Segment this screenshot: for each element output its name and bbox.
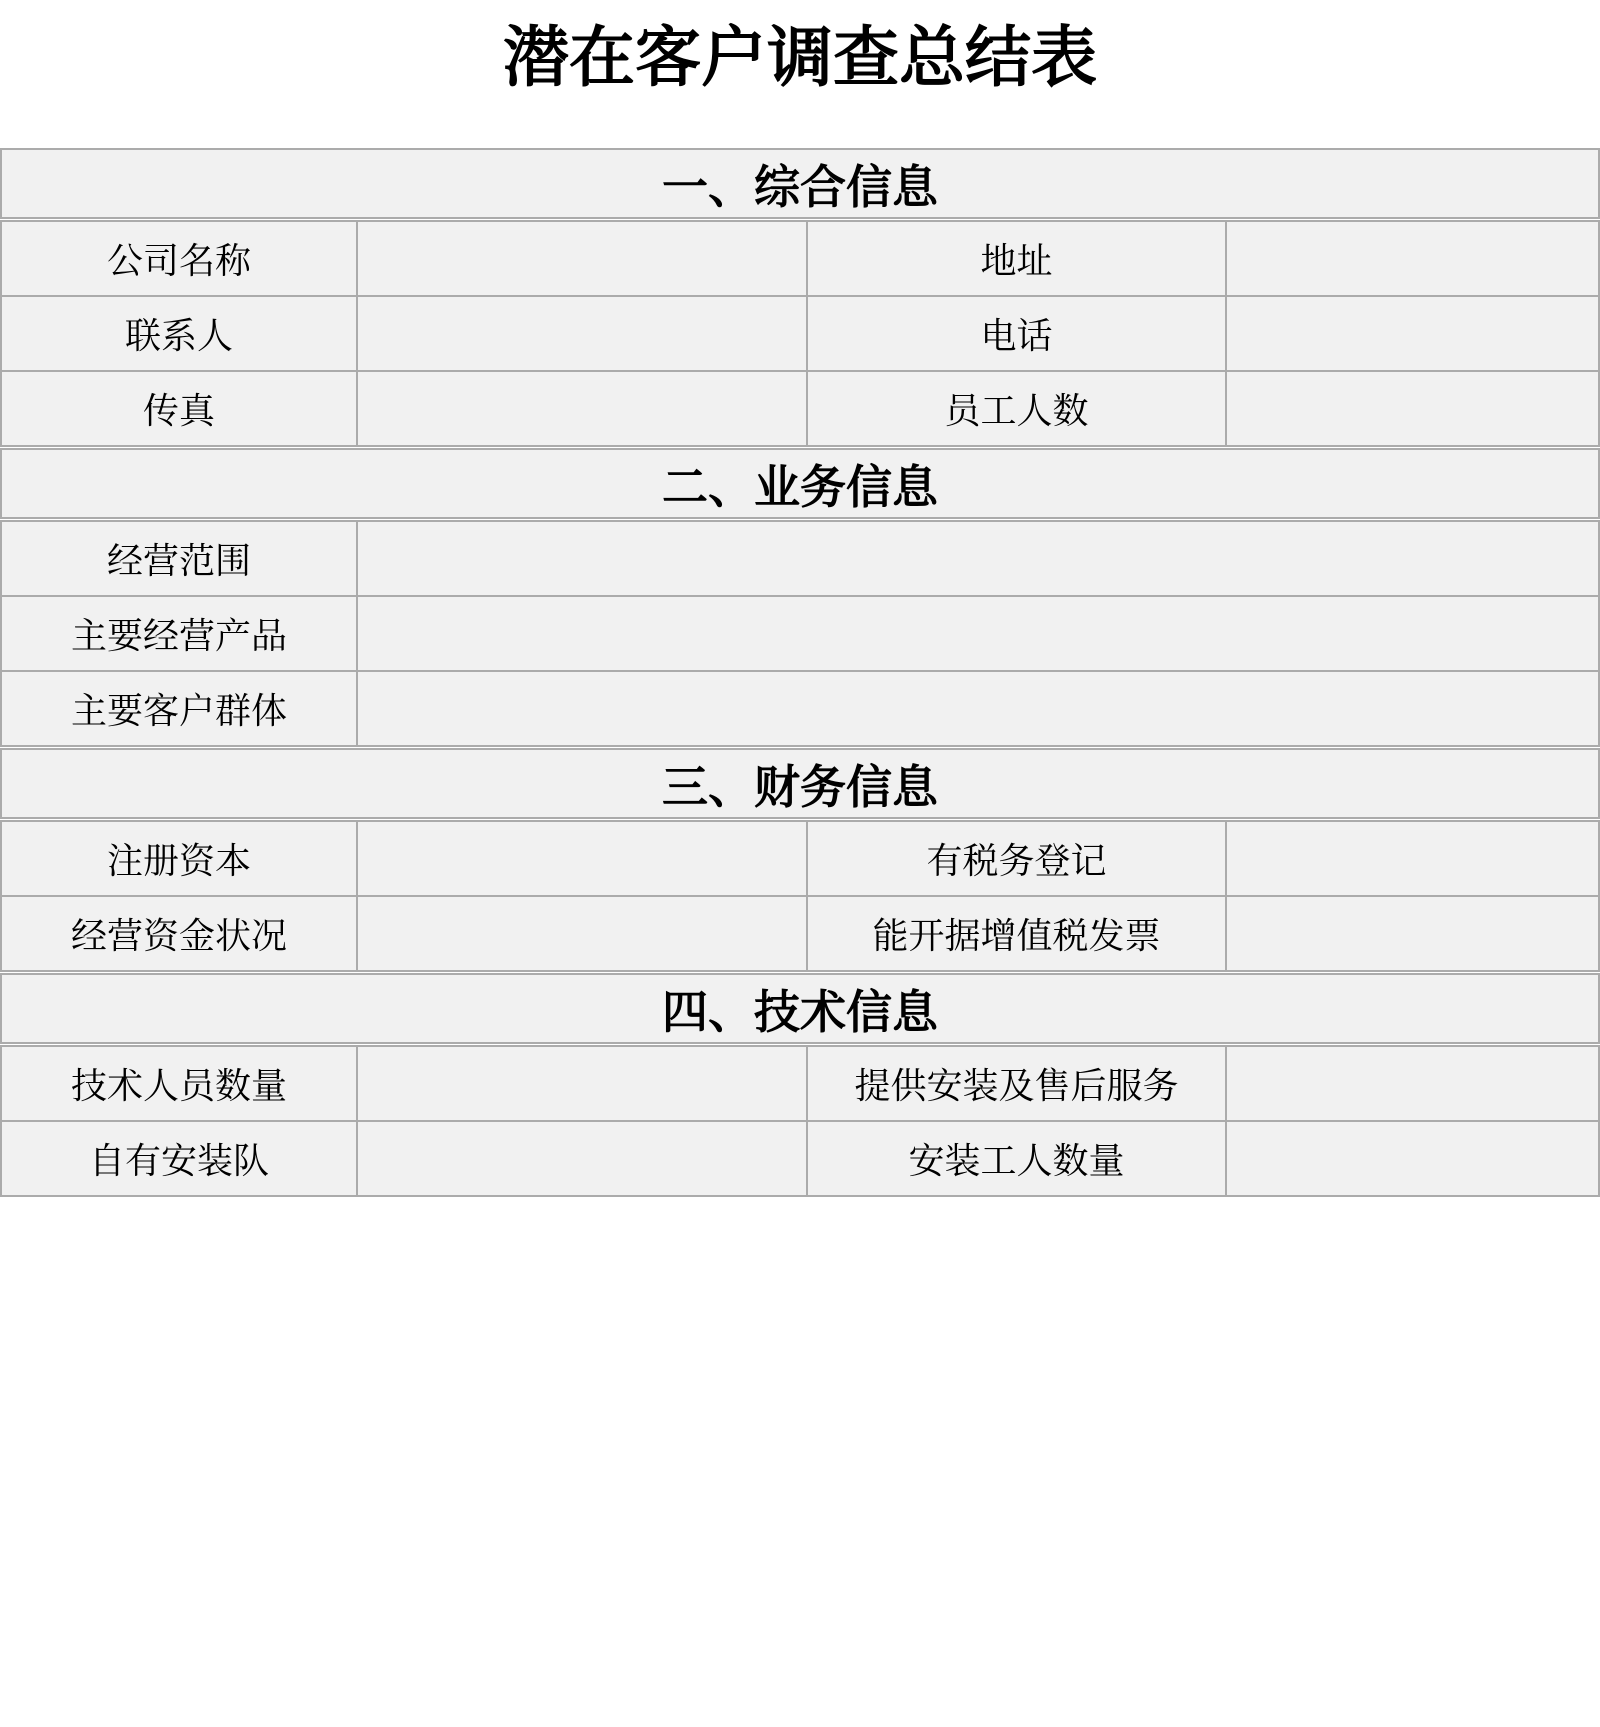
field-value-cell[interactable]: [1227, 297, 1598, 372]
field-label: 技术人员数量: [2, 1047, 358, 1122]
survey-form-table: 一、综合信息公司名称地址联系人电话传真员工人数二、业务信息经营范围主要经营产品主…: [0, 148, 1600, 1197]
field-label: 经营范围: [2, 522, 358, 597]
section-header: 三、财务信息: [0, 748, 1600, 819]
field-value-cell[interactable]: [1227, 1122, 1598, 1195]
field-value-cell[interactable]: [358, 222, 808, 297]
section-rows: 技术人员数量提供安装及售后服务自有安装队安装工人数量: [0, 1045, 1600, 1197]
field-label: 能开据增值税发票: [808, 897, 1227, 970]
form-title: 潜在客户调查总结表: [0, 14, 1600, 104]
section-header: 四、技术信息: [0, 973, 1600, 1044]
field-value-cell[interactable]: [358, 672, 1598, 745]
field-label: 经营资金状况: [2, 897, 358, 970]
section-rows: 公司名称地址联系人电话传真员工人数: [0, 220, 1600, 447]
field-value-cell[interactable]: [1227, 1047, 1598, 1122]
field-value-cell[interactable]: [1227, 822, 1598, 897]
field-value-cell[interactable]: [1227, 372, 1598, 445]
field-value-cell[interactable]: [1227, 222, 1598, 297]
section-header: 二、业务信息: [0, 448, 1600, 519]
field-label: 电话: [808, 297, 1227, 372]
field-label: 员工人数: [808, 372, 1227, 445]
section-header: 一、综合信息: [0, 148, 1600, 219]
field-value-cell[interactable]: [358, 897, 808, 970]
field-value-cell[interactable]: [358, 822, 808, 897]
field-label: 自有安装队: [2, 1122, 358, 1195]
section-rows: 经营范围主要经营产品主要客户群体: [0, 520, 1600, 747]
field-label: 主要客户群体: [2, 672, 358, 745]
field-label: 有税务登记: [808, 822, 1227, 897]
field-label: 主要经营产品: [2, 597, 358, 672]
field-value-cell[interactable]: [358, 1047, 808, 1122]
field-label: 安装工人数量: [808, 1122, 1227, 1195]
field-value-cell[interactable]: [358, 372, 808, 445]
field-value-cell[interactable]: [358, 597, 1598, 672]
field-label: 注册资本: [2, 822, 358, 897]
field-label: 公司名称: [2, 222, 358, 297]
field-label: 提供安装及售后服务: [808, 1047, 1227, 1122]
section-rows: 注册资本有税务登记经营资金状况能开据增值税发票: [0, 820, 1600, 972]
field-label: 联系人: [2, 297, 358, 372]
field-label: 传真: [2, 372, 358, 445]
field-value-cell[interactable]: [358, 522, 1598, 597]
field-value-cell[interactable]: [1227, 897, 1598, 970]
field-value-cell[interactable]: [358, 297, 808, 372]
field-value-cell[interactable]: [358, 1122, 808, 1195]
field-label: 地址: [808, 222, 1227, 297]
